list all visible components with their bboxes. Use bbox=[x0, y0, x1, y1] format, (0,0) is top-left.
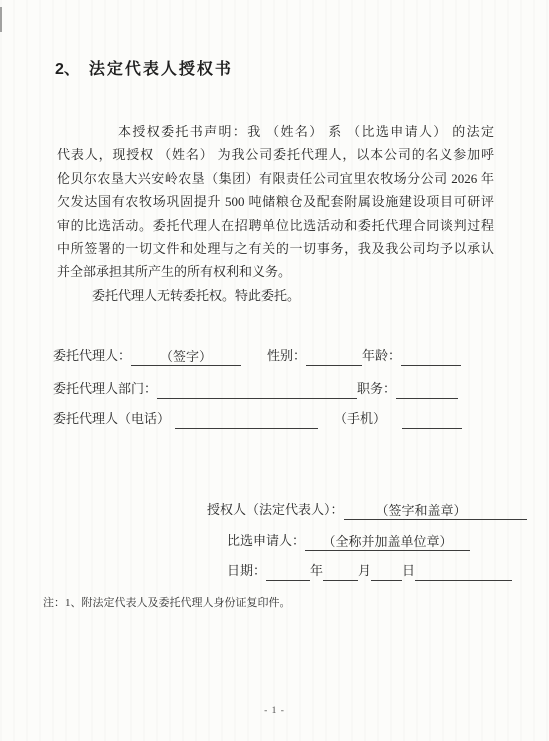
authorizer-label: 授权人（法定代表人）： bbox=[207, 502, 344, 517]
applicant-label: 比选申请人： bbox=[227, 533, 305, 548]
agent-row-department: 委托代理人部门：职务： bbox=[53, 378, 458, 399]
declaration-line-6: 中所签署的一切文件和处理与之有关的一切事务，我及我公司均予以承认 bbox=[57, 237, 494, 260]
gender-label: 性别： bbox=[267, 348, 306, 363]
date-extra-blank bbox=[415, 563, 512, 581]
position-label: 职务： bbox=[357, 381, 396, 396]
agent-row-signature: 委托代理人：（签字）性别：年龄： bbox=[53, 345, 461, 366]
declaration-line-1: 本授权委托书声明：我 （姓名） 系 （比选申请人） 的法定 bbox=[57, 120, 494, 143]
page-number: - 1 - bbox=[0, 706, 549, 716]
year-blank bbox=[266, 563, 310, 581]
day-blank bbox=[371, 563, 402, 581]
closing-statement: 委托代理人无转委托权。特此委托。 bbox=[57, 284, 494, 307]
section-title-text: 法定代表人授权书 bbox=[89, 61, 233, 78]
mobile-blank bbox=[402, 411, 462, 429]
agent-row-phone: 委托代理人（电话）（手机） bbox=[53, 408, 462, 429]
day-label: 日 bbox=[402, 563, 415, 578]
declaration-line-3: 伦贝尔农垦大兴安岭农垦（集团）有限责任公司宜里农牧场分公司 2026 年 bbox=[57, 167, 494, 190]
department-label: 委托代理人部门： bbox=[53, 381, 157, 396]
authorizer-row: 授权人（法定代表人）：（签字和盖章） bbox=[207, 499, 527, 520]
applicant-row: 比选申请人：（全称并加盖单位章） bbox=[227, 530, 470, 551]
section-number: 2、 bbox=[55, 61, 80, 78]
applicant-name-blank: （全称并加盖单位章） bbox=[305, 533, 470, 551]
month-label: 月 bbox=[358, 563, 371, 578]
declaration-line-4: 欠发达国有农牧场巩固提升 500 吨储粮仓及配套附属设施建设项目可研评 bbox=[57, 190, 494, 213]
age-label: 年龄： bbox=[362, 348, 401, 363]
department-blank bbox=[157, 381, 357, 399]
agent-label: 委托代理人： bbox=[53, 348, 131, 363]
phone-blank bbox=[175, 411, 318, 429]
declaration-line-2: 代表人，现授权 （姓名） 为我公司委托代理人，以本公司的名义参加呼 bbox=[57, 143, 494, 166]
mobile-label: （手机） bbox=[334, 411, 386, 426]
date-row: 日期：年月日 bbox=[227, 560, 512, 581]
age-blank bbox=[401, 348, 461, 366]
section-title: 2、法定代表人授权书 bbox=[55, 60, 233, 80]
agent-signature-blank: （签字） bbox=[131, 348, 241, 366]
phone-label: 委托代理人（电话） bbox=[53, 411, 170, 426]
footnote: 注：1、附法定代表人及委托代理人身份证复印件。 bbox=[43, 594, 291, 612]
document-page: 2、法定代表人授权书 本授权委托书声明：我 （姓名） 系 （比选申请人） 的法定… bbox=[0, 0, 549, 741]
month-blank bbox=[323, 563, 358, 581]
authorizer-signature-blank: （签字和盖章） bbox=[344, 502, 527, 520]
declaration-line-5: 审的比选活动。委托代理人在招聘单位比选活动和委托代理合同谈判过程 bbox=[57, 214, 494, 237]
declaration-line-7: 并全部承担其所产生的所有权利和义务。 bbox=[57, 260, 494, 283]
year-label: 年 bbox=[310, 563, 323, 578]
gender-blank bbox=[306, 348, 362, 366]
declaration-paragraph: 本授权委托书声明：我 （姓名） 系 （比选申请人） 的法定 代表人，现授权 （姓… bbox=[57, 120, 494, 307]
scan-artifact bbox=[0, 7, 2, 32]
date-label: 日期： bbox=[227, 563, 266, 578]
position-blank bbox=[396, 381, 458, 399]
